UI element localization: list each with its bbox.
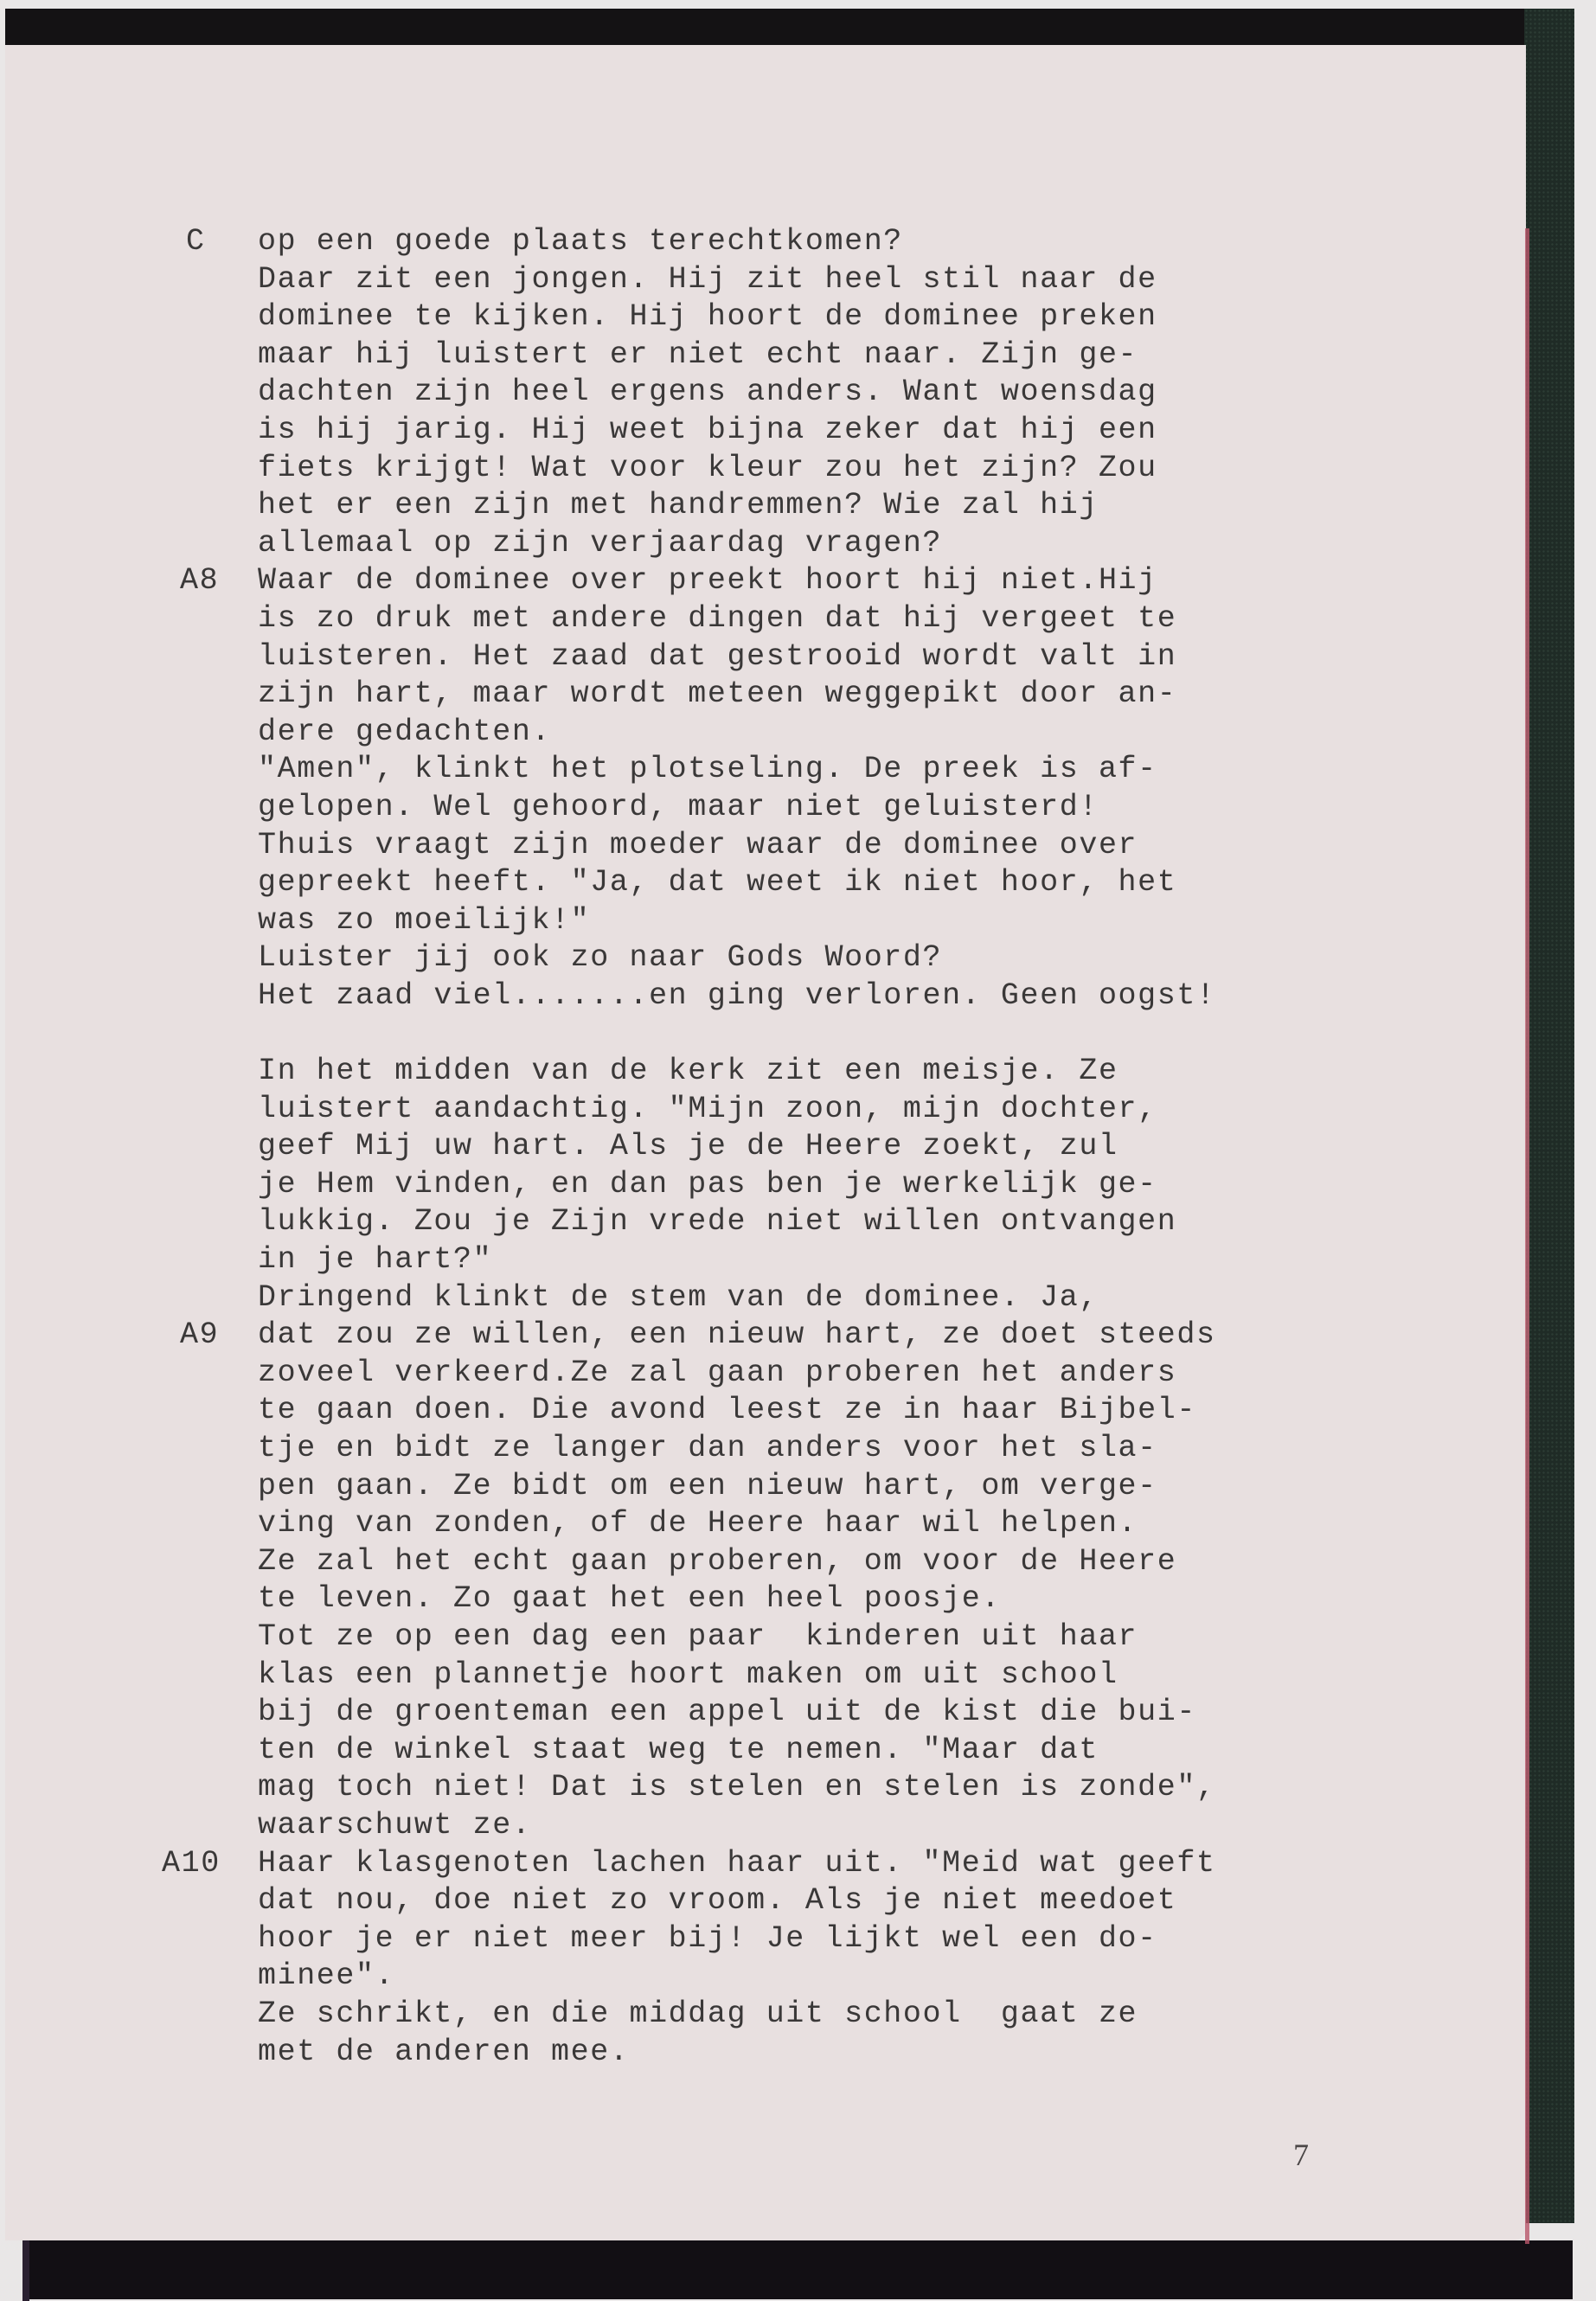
text-line: Ze zal het echt gaan proberen, om voor d… (5, 1543, 1476, 1581)
text-line: A9dat zou ze willen, een nieuw hart, ze … (5, 1317, 1476, 1355)
line-text: luisteren. Het zaad dat gestrooid wordt … (258, 638, 1176, 676)
text-line: mag toch niet! Dat is stelen en stelen i… (5, 1769, 1476, 1807)
margin-label: C (186, 223, 206, 261)
text-line: je Hem vinden, en dan pas ben je werkeli… (5, 1166, 1476, 1204)
margin-label: A9 (180, 1317, 219, 1355)
text-line: klas een plannetje hoort maken om uit sc… (5, 1657, 1476, 1695)
line-text: tje en bidt ze langer dan anders voor he… (258, 1430, 1157, 1468)
line-text: fiets krijgt! Wat voor kleur zou het zij… (258, 450, 1157, 488)
text-line: "Amen", klinkt het plotseling. De preek … (5, 751, 1476, 789)
line-text: je Hem vinden, en dan pas ben je werkeli… (258, 1166, 1157, 1204)
line-text: ten de winkel staat weg te nemen. "Maar … (258, 1732, 1099, 1770)
line-text: Dringend klinkt de stem van de dominee. … (258, 1279, 1099, 1317)
text-line: Dringend klinkt de stem van de dominee. … (5, 1279, 1476, 1317)
text-line: te leven. Zo gaat het een heel poosje. (5, 1580, 1476, 1618)
page-edge-strip (1525, 228, 1529, 2244)
line-text: te gaan doen. Die avond leest ze in haar… (258, 1392, 1196, 1430)
line-text: Het zaad viel.......en ging verloren. Ge… (258, 977, 1216, 1016)
line-text: minee". (258, 1958, 394, 1996)
text-line: dachten zijn heel ergens anders. Want wo… (5, 374, 1476, 412)
line-text: met de anderen mee. (258, 2034, 629, 2072)
text-line: met de anderen mee. (5, 2034, 1476, 2072)
line-text: mag toch niet! Dat is stelen en stelen i… (258, 1769, 1216, 1807)
margin-label: A8 (180, 562, 219, 600)
text-line: hoor je er niet meer bij! Je lijkt wel e… (5, 1920, 1476, 1958)
text-line: Cop een goede plaats terechtkomen? (5, 223, 1476, 261)
text-line: is hij jarig. Hij weet bijna zeker dat h… (5, 412, 1476, 450)
line-text: was zo moeilijk!" (258, 902, 590, 940)
line-text: Ze schrikt, en die middag uit school gaa… (258, 1996, 1138, 2034)
line-text: In het midden van de kerk zit een meisje… (258, 1053, 1118, 1091)
line-text: ving van zonden, of de Heere haar wil he… (258, 1505, 1138, 1543)
line-text: dat nou, doe niet zo vroom. Als je niet … (258, 1882, 1176, 1920)
line-text: dere gedachten. (258, 714, 551, 752)
text-line: In het midden van de kerk zit een meisje… (5, 1053, 1476, 1091)
text-line: Tot ze op een dag een paar kinderen uit … (5, 1618, 1476, 1657)
line-text: lukkig. Zou je Zijn vrede niet willen on… (258, 1203, 1176, 1241)
text-line: allemaal op zijn verjaardag vragen? (5, 525, 1476, 563)
text-line: Luister jij ook zo naar Gods Woord? (5, 939, 1476, 977)
text-line: Thuis vraagt zijn moeder waar de dominee… (5, 827, 1476, 865)
text-line: is zo druk met andere dingen dat hij ver… (5, 600, 1476, 638)
book-cover-top-edge (5, 9, 1536, 45)
line-text: bij de groenteman een appel uit de kist … (258, 1694, 1196, 1732)
line-text: allemaal op zijn verjaardag vragen? (258, 525, 942, 563)
line-text: waarschuwt ze. (258, 1807, 531, 1845)
text-line: minee". (5, 1958, 1476, 1996)
line-text: luistert aandachtig. "Mijn zoon, mijn do… (258, 1091, 1157, 1129)
book-cover-spine (1524, 9, 1574, 2223)
text-line: geef Mij uw hart. Als je de Heere zoekt,… (5, 1128, 1476, 1166)
text-line: fiets krijgt! Wat voor kleur zou het zij… (5, 450, 1476, 488)
line-text: "Amen", klinkt het plotseling. De preek … (258, 751, 1157, 789)
line-text: Daar zit een jongen. Hij zit heel stil n… (258, 261, 1157, 299)
text-line: Ze schrikt, en die middag uit school gaa… (5, 1996, 1476, 2034)
line-text: zijn hart, maar wordt meteen weggepikt d… (258, 676, 1176, 714)
line-text: is hij jarig. Hij weet bijna zeker dat h… (258, 412, 1157, 450)
page-text-block: Cop een goede plaats terechtkomen?Daar z… (5, 223, 1476, 2071)
line-text: Ze zal het echt gaan proberen, om voor d… (258, 1543, 1176, 1581)
line-text: dat zou ze willen, een nieuw hart, ze do… (258, 1317, 1216, 1355)
line-text: op een goede plaats terechtkomen? (258, 223, 903, 261)
text-line: maar hij luistert er niet echt naar. Zij… (5, 336, 1476, 375)
text-line: zoveel verkeerd.Ze zal gaan proberen het… (5, 1355, 1476, 1393)
text-line: ving van zonden, of de Heere haar wil he… (5, 1505, 1476, 1543)
text-line: was zo moeilijk!" (5, 902, 1476, 940)
text-line: tje en bidt ze langer dan anders voor he… (5, 1430, 1476, 1468)
text-line: dere gedachten. (5, 714, 1476, 752)
line-text: is zo druk met andere dingen dat hij ver… (258, 600, 1176, 638)
book-page: Cop een goede plaats terechtkomen?Daar z… (5, 45, 1526, 2240)
text-line: zijn hart, maar wordt meteen weggepikt d… (5, 676, 1476, 714)
text-line: ten de winkel staat weg te nemen. "Maar … (5, 1732, 1476, 1770)
text-line: dat nou, doe niet zo vroom. Als je niet … (5, 1882, 1476, 1920)
text-line: te gaan doen. Die avond leest ze in haar… (5, 1392, 1476, 1430)
text-line: gelopen. Wel gehoord, maar niet geluiste… (5, 789, 1476, 827)
text-line (5, 1015, 1476, 1053)
text-line: bij de groenteman een appel uit de kist … (5, 1694, 1476, 1732)
text-line: A8Waar de dominee over preekt hoort hij … (5, 562, 1476, 600)
text-line: dominee te kijken. Hij hoort de dominee … (5, 298, 1476, 336)
line-text: hoor je er niet meer bij! Je lijkt wel e… (258, 1920, 1157, 1958)
book-cover-left-corner (22, 2240, 29, 2301)
line-text: dominee te kijken. Hij hoort de dominee … (258, 298, 1157, 336)
text-line: in je hart?" (5, 1241, 1476, 1279)
text-line: gepreekt heeft. "Ja, dat weet ik niet ho… (5, 864, 1476, 902)
text-line: waarschuwt ze. (5, 1807, 1476, 1845)
line-text: het er een zijn met handremmen? Wie zal … (258, 487, 1099, 525)
book-cover-bottom-edge (24, 2240, 1573, 2299)
line-text: gepreekt heeft. "Ja, dat weet ik niet ho… (258, 864, 1176, 902)
line-text: Tot ze op een dag een paar kinderen uit … (258, 1618, 1138, 1657)
line-text: maar hij luistert er niet echt naar. Zij… (258, 336, 1138, 375)
line-text: Waar de dominee over preekt hoort hij ni… (258, 562, 1157, 600)
text-line: luisteren. Het zaad dat gestrooid wordt … (5, 638, 1476, 676)
line-text: Luister jij ook zo naar Gods Woord? (258, 939, 942, 977)
line-text: Haar klasgenoten lachen haar uit. "Meid … (258, 1845, 1216, 1883)
line-text: zoveel verkeerd.Ze zal gaan proberen het… (258, 1355, 1176, 1393)
line-text: in je hart?" (258, 1241, 492, 1279)
text-line: luistert aandachtig. "Mijn zoon, mijn do… (5, 1091, 1476, 1129)
line-text: dachten zijn heel ergens anders. Want wo… (258, 374, 1157, 412)
line-text: gelopen. Wel gehoord, maar niet geluiste… (258, 789, 1099, 827)
line-text: te leven. Zo gaat het een heel poosje. (258, 1580, 1001, 1618)
line-text: klas een plannetje hoort maken om uit sc… (258, 1657, 1118, 1695)
margin-label: A10 (162, 1845, 221, 1883)
page-number: 7 (1293, 2137, 1309, 2173)
line-text: Thuis vraagt zijn moeder waar de dominee… (258, 827, 1138, 865)
line-text: geef Mij uw hart. Als je de Heere zoekt,… (258, 1128, 1118, 1166)
text-line: lukkig. Zou je Zijn vrede niet willen on… (5, 1203, 1476, 1241)
text-line: Daar zit een jongen. Hij zit heel stil n… (5, 261, 1476, 299)
text-line: Het zaad viel.......en ging verloren. Ge… (5, 977, 1476, 1016)
line-text: pen gaan. Ze bidt om een nieuw hart, om … (258, 1468, 1157, 1506)
text-line: pen gaan. Ze bidt om een nieuw hart, om … (5, 1468, 1476, 1506)
text-line: A10Haar klasgenoten lachen haar uit. "Me… (5, 1845, 1476, 1883)
text-line: het er een zijn met handremmen? Wie zal … (5, 487, 1476, 525)
